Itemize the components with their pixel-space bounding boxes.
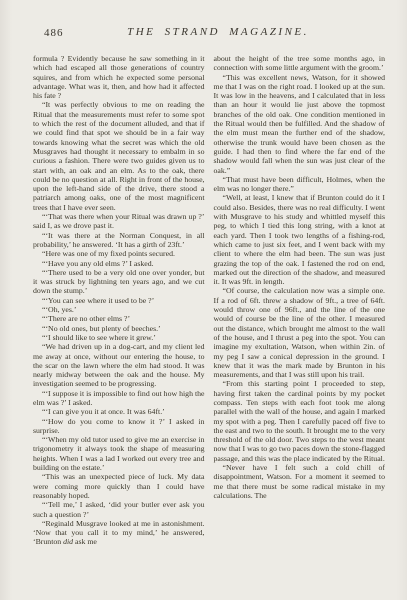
paragraph: “‘That was there when your Ritual was dr… bbox=[33, 212, 205, 231]
right-column: about the height of the tree some months… bbox=[214, 54, 386, 547]
left-column: formula ? Evidently because he saw somet… bbox=[33, 54, 205, 547]
paragraph: “‘I should like to see where it grew.’ bbox=[33, 333, 205, 342]
paragraph: “Well, at least, I knew that if Brunton … bbox=[214, 193, 386, 286]
paragraph: “‘It was there at the Norman Conquest, i… bbox=[33, 231, 205, 250]
page-header: 486 THE STRAND MAGAZINE. bbox=[33, 26, 385, 42]
paragraph: “‘There used to be a very old one over y… bbox=[33, 268, 205, 296]
paragraph: “It was perfectly obvious to me on readi… bbox=[33, 100, 205, 212]
paragraph: “We had driven up in a dog-cart, and my … bbox=[33, 342, 205, 388]
paragraph: “This was excellent news, Watson, for it… bbox=[214, 73, 386, 175]
paragraph: “‘When my old tutor used to give me an e… bbox=[33, 435, 205, 472]
text-columns: formula ? Evidently because he saw somet… bbox=[33, 54, 385, 547]
paragraph: “‘You can see where it used to be ?’ bbox=[33, 296, 205, 305]
paragraph: “That must have been difficult, Holmes, … bbox=[214, 175, 386, 194]
paragraph: formula ? Evidently because he saw somet… bbox=[33, 54, 205, 100]
paragraph: “‘Oh, yes.’ bbox=[33, 305, 205, 314]
paragraph: “‘I can give you it at once. It was 64ft… bbox=[33, 407, 205, 416]
paragraph: “Of course, the calculation now was a si… bbox=[214, 286, 386, 379]
paragraph: “This was an unexpected piece of luck. M… bbox=[33, 472, 205, 500]
paragraph: “‘Have you any old elms ?’ I asked. bbox=[33, 259, 205, 268]
magazine-page: 486 THE STRAND MAGAZINE. formula ? Evide… bbox=[0, 0, 407, 600]
page-number: 486 bbox=[44, 27, 64, 39]
paragraph: “‘How do you come to know it ?’ I asked … bbox=[33, 417, 205, 436]
paragraph: “Never have I felt such a cold chill of … bbox=[214, 463, 386, 500]
paragraph: “Here was one of my fixed points secured… bbox=[33, 249, 205, 258]
paragraph: “‘I suppose it is impossible to find out… bbox=[33, 389, 205, 408]
paragraph: “Reginald Musgrave looked at me in aston… bbox=[33, 519, 205, 547]
paragraph: about the height of the tree some months… bbox=[214, 54, 386, 73]
paragraph: “‘No old ones, but plenty of beeches.’ bbox=[33, 324, 205, 333]
paragraph: “‘Tell me,’ I asked, ‘did your butler ev… bbox=[33, 500, 205, 519]
paragraph: “‘There are no other elms ?’ bbox=[33, 314, 205, 323]
magazine-title: THE STRAND MAGAZINE. bbox=[33, 26, 385, 38]
paragraph: “From this starting point I proceeded to… bbox=[214, 379, 386, 463]
